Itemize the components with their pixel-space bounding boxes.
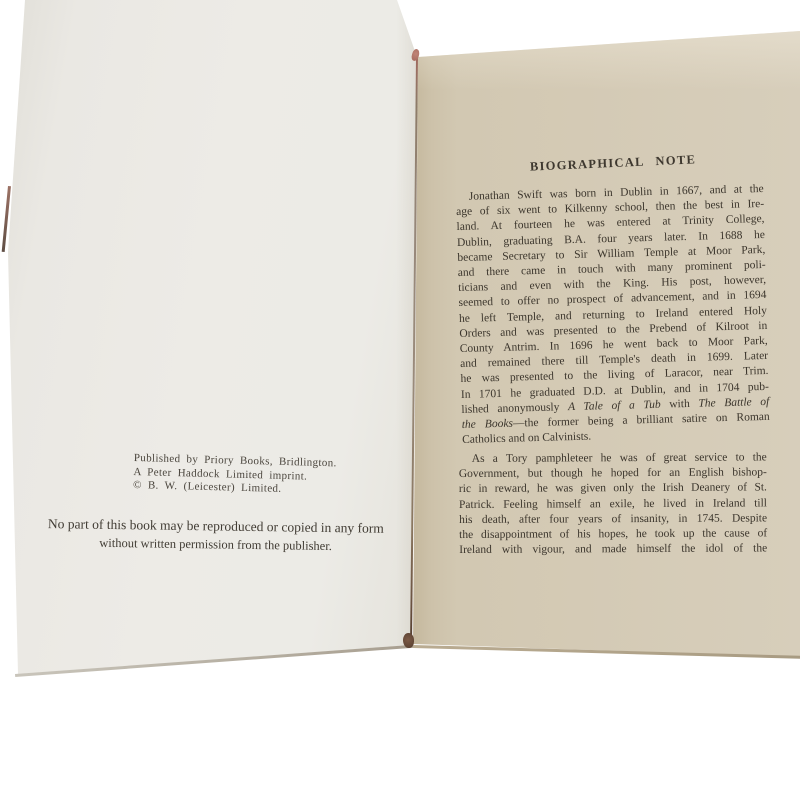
text-line: Ireland with vigour, and made himself th… [459,542,767,559]
italic-text: The Battle of [698,396,769,410]
text: his death, after four years of insanity,… [459,512,767,526]
text: As a Tory pamphleteer he was of great se… [472,451,767,465]
text-line: the disappointment of his hopes, he took… [459,526,767,543]
italic-text: the Books [462,418,513,431]
text: Patrick. Feeling himself an exile, he li… [459,497,767,511]
text: Ireland with vigour, and made himself th… [459,543,767,557]
text: with [661,398,699,411]
text: ric in reward, he was given only the Iri… [459,482,767,496]
text-line: his death, after four years of insanity,… [459,511,767,528]
imprint-block: Published by Priory Books, Bridlington. … [133,452,374,499]
text: the disappointment of his hopes, he took… [459,527,767,541]
text-line: As a Tory pamphleteer he was of great se… [459,450,767,467]
text: lished anonymously [461,401,568,416]
italic-text: A Tale of a Tub [568,399,661,413]
left-page: Published by Priory Books, Bridlington. … [0,0,440,690]
text-line: ric in reward, he was given only the Iri… [459,481,767,498]
copyright-notice: No part of this book may be reproduced o… [39,514,391,557]
paragraph: As a Tory pamphleteer he was of great se… [459,450,768,558]
text-line: Government, but though he hoped for an E… [459,466,767,483]
book-photo: Published by Priory Books, Bridlington. … [0,0,800,800]
spine-bottom-cover-blob [403,633,414,648]
text: Government, but though he hoped for an E… [459,467,767,481]
text: Catholics and on Calvinists. [462,431,591,446]
text-line: Patrick. Feeling himself an exile, he li… [459,496,767,513]
paragraph: Jonathan Swift was born in Dublin in 166… [456,182,771,448]
